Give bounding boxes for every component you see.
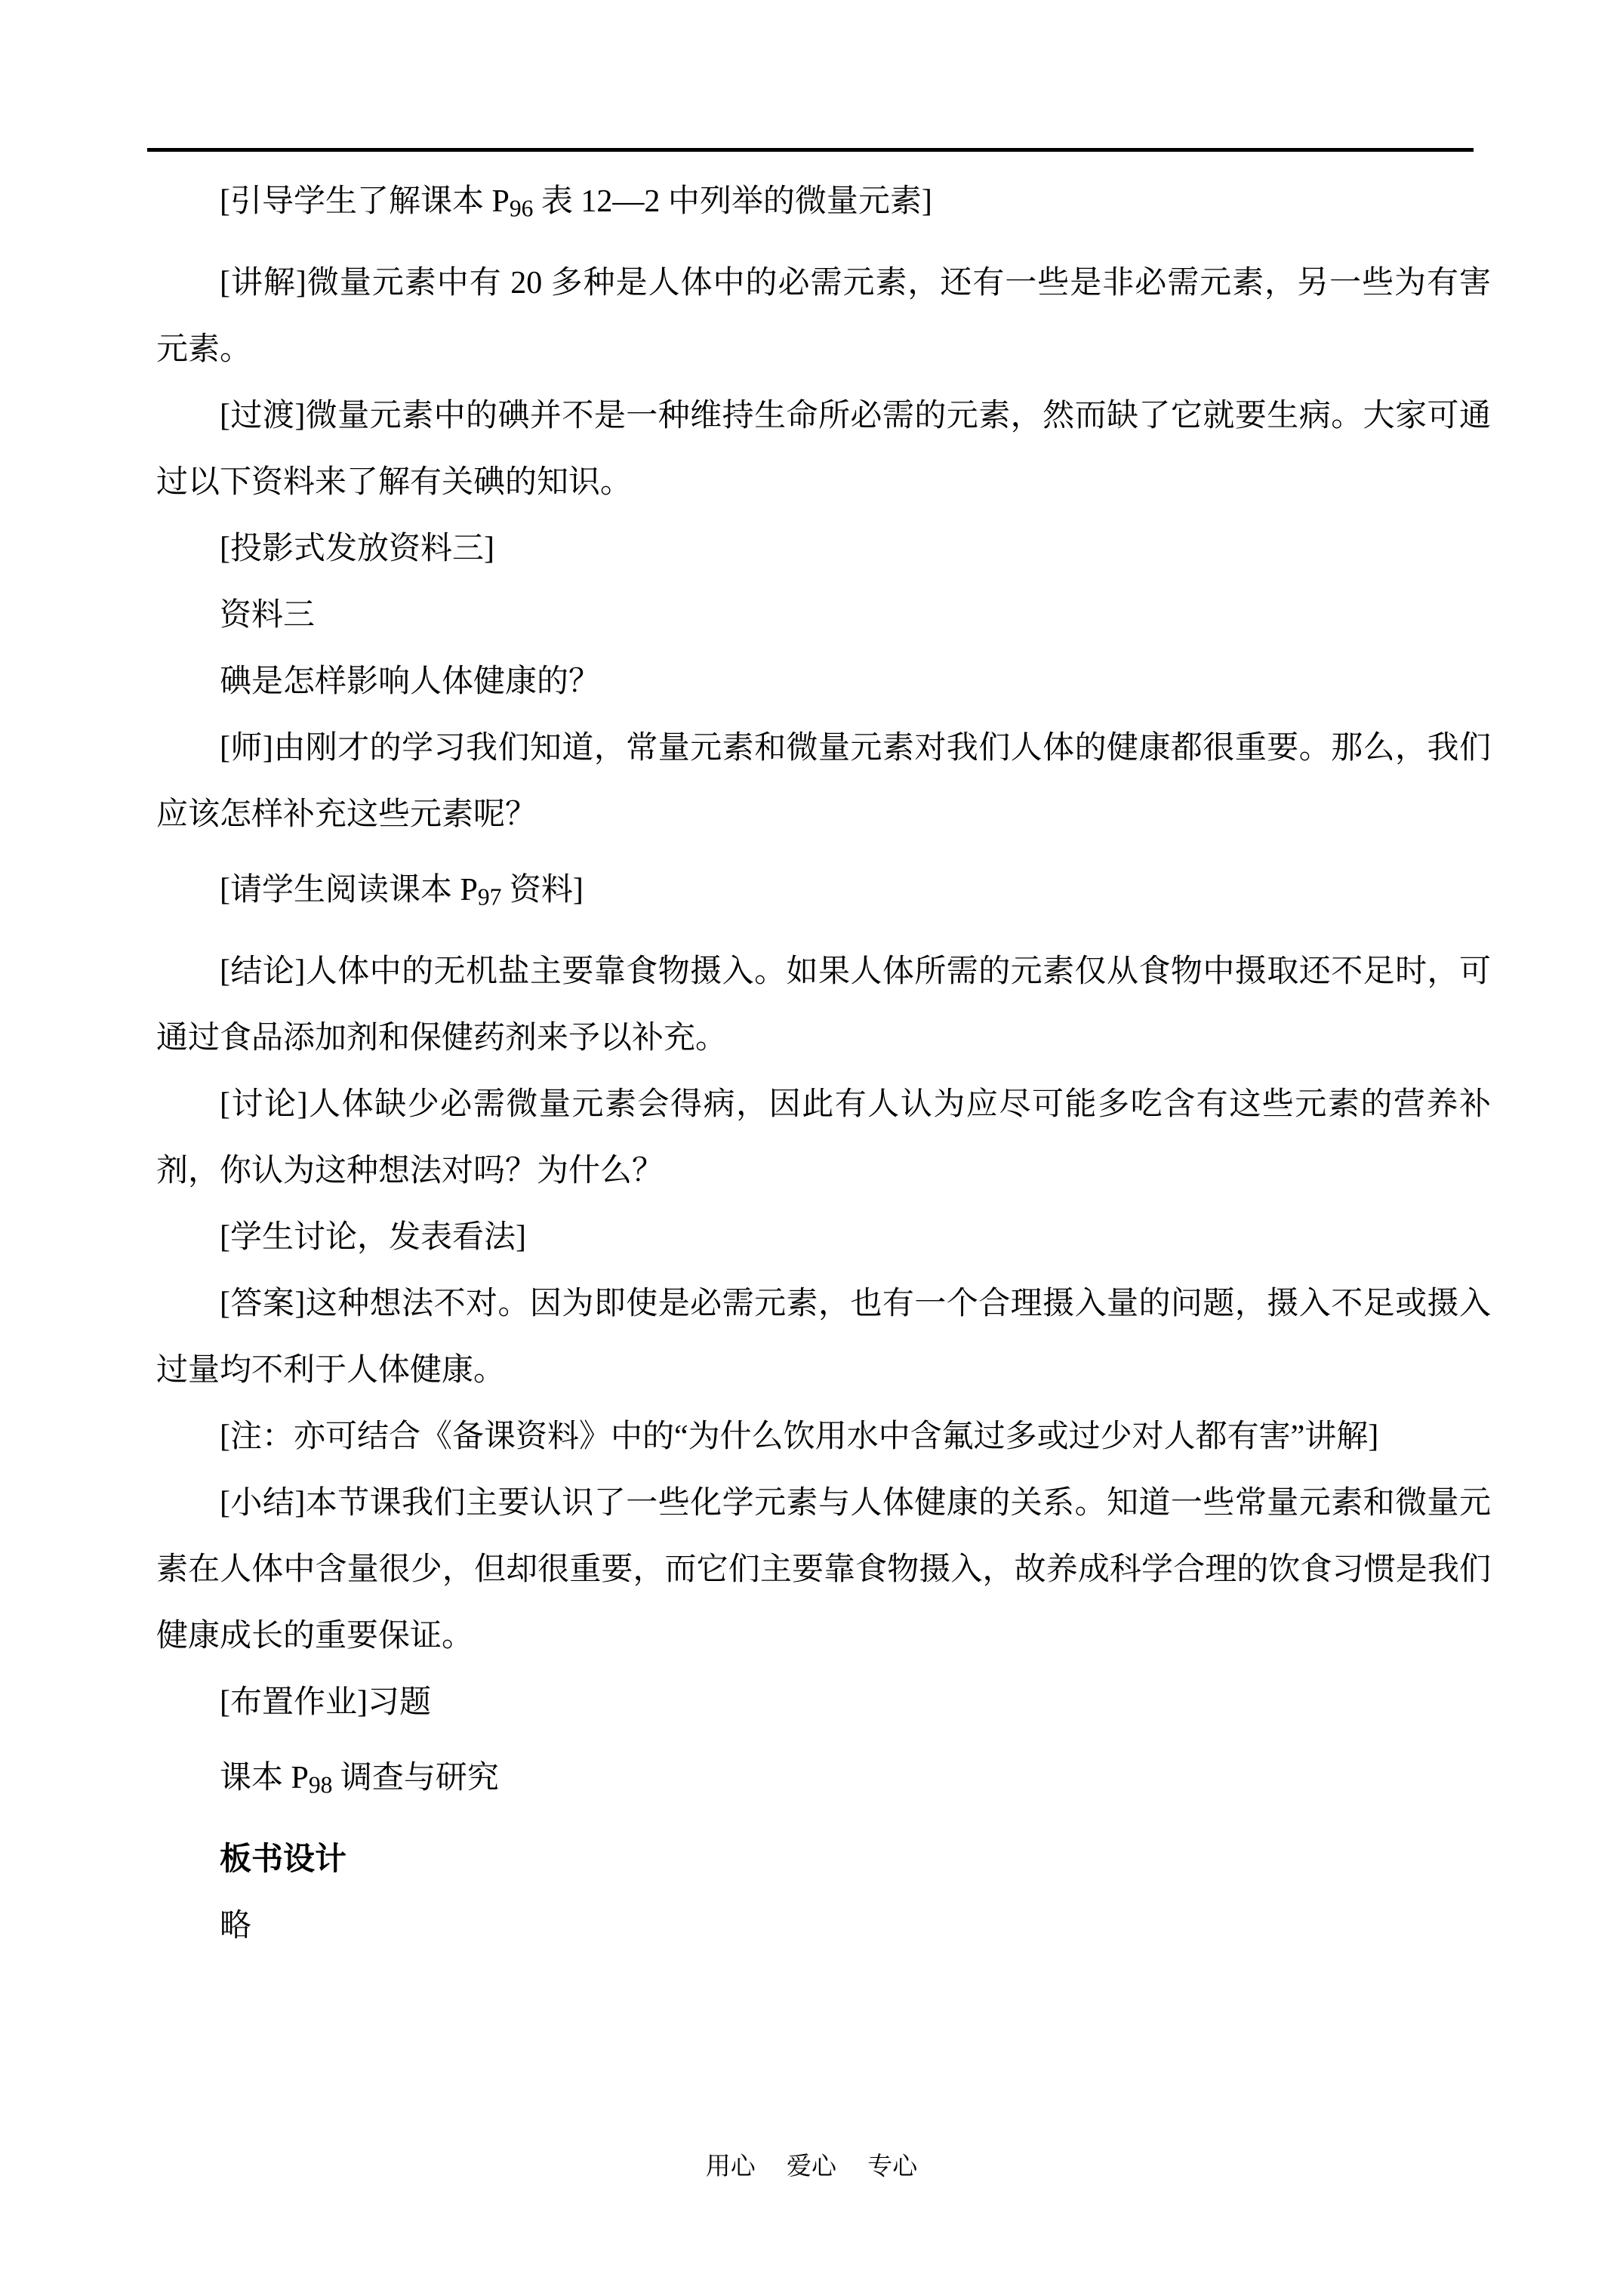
page-number-subscript: 98 [309,1771,333,1798]
para-teacher: [师]由刚才的学习我们知道，常量元素和微量元素对我们人体的健康都很重要。那么，我… [156,715,1491,848]
para-students-discuss: [学生讨论，发表看法] [156,1204,1491,1271]
page-number-subscript: 96 [510,195,534,221]
para-discussion: [讨论]人体缺少必需微量元素会得病，因此有人认为应尽可能多吃含有这些元素的营养补… [156,1071,1491,1204]
para-homework: [布置作业]习题 [156,1669,1491,1736]
document-page: [引导学生了解课本 P96 表 12—2 中列举的微量元素][讲解]微量元素中有… [0,0,1623,2296]
para-board-design: 板书设计 [156,1826,1491,1893]
para-material-three: 资料三 [156,582,1491,649]
para-omitted: 略 [156,1893,1491,1959]
para-textbook-p98: 课本 P98 调查与研究 [156,1745,1491,1811]
para-transition: [过渡]微量元素中的碘并不是一种维持生命所必需的元素，然而缺了它就要生病。大家可… [156,383,1491,516]
page-number-subscript: 97 [478,883,502,910]
header-rule [147,148,1474,152]
para-guide-textbook: [引导学生了解课本 P96 表 12—2 中列举的微量元素] [156,168,1491,235]
para-iodine-question: 碘是怎样影响人体健康的？ [156,649,1491,715]
para-explain: [讲解]微量元素中有 20 多种是人体中的必需元素，还有一些是非必需元素，另一些… [156,250,1491,383]
footer-text: 用心 爱心 专心 [0,2147,1623,2182]
para-note: [注：亦可结合《备课资料》中的“为什么饮用水中含氟过多或过少对人都有害”讲解] [156,1404,1491,1470]
para-answer: [答案]这种想法不对。因为即使是必需元素，也有一个合理摄入量的问题，摄入不足或摄… [156,1271,1491,1404]
para-projection-material: [投影式发放资料三] [156,516,1491,582]
para-conclusion: [结论]人体中的无机盐主要靠食物摄入。如果人体所需的元素仅从食物中摄取还不足时，… [156,938,1491,1071]
page-root: { "page": { "background_color": "#ffffff… [0,0,1623,2296]
document-body: [引导学生了解课本 P96 表 12—2 中列举的微量元素][讲解]微量元素中有… [156,159,1491,1959]
para-summary: [小结]本节课我们主要认识了一些化学元素与人体健康的关系。知道一些常量元素和微量… [156,1470,1491,1669]
para-read-textbook: [请学生阅读课本 P97 资料] [156,857,1491,923]
